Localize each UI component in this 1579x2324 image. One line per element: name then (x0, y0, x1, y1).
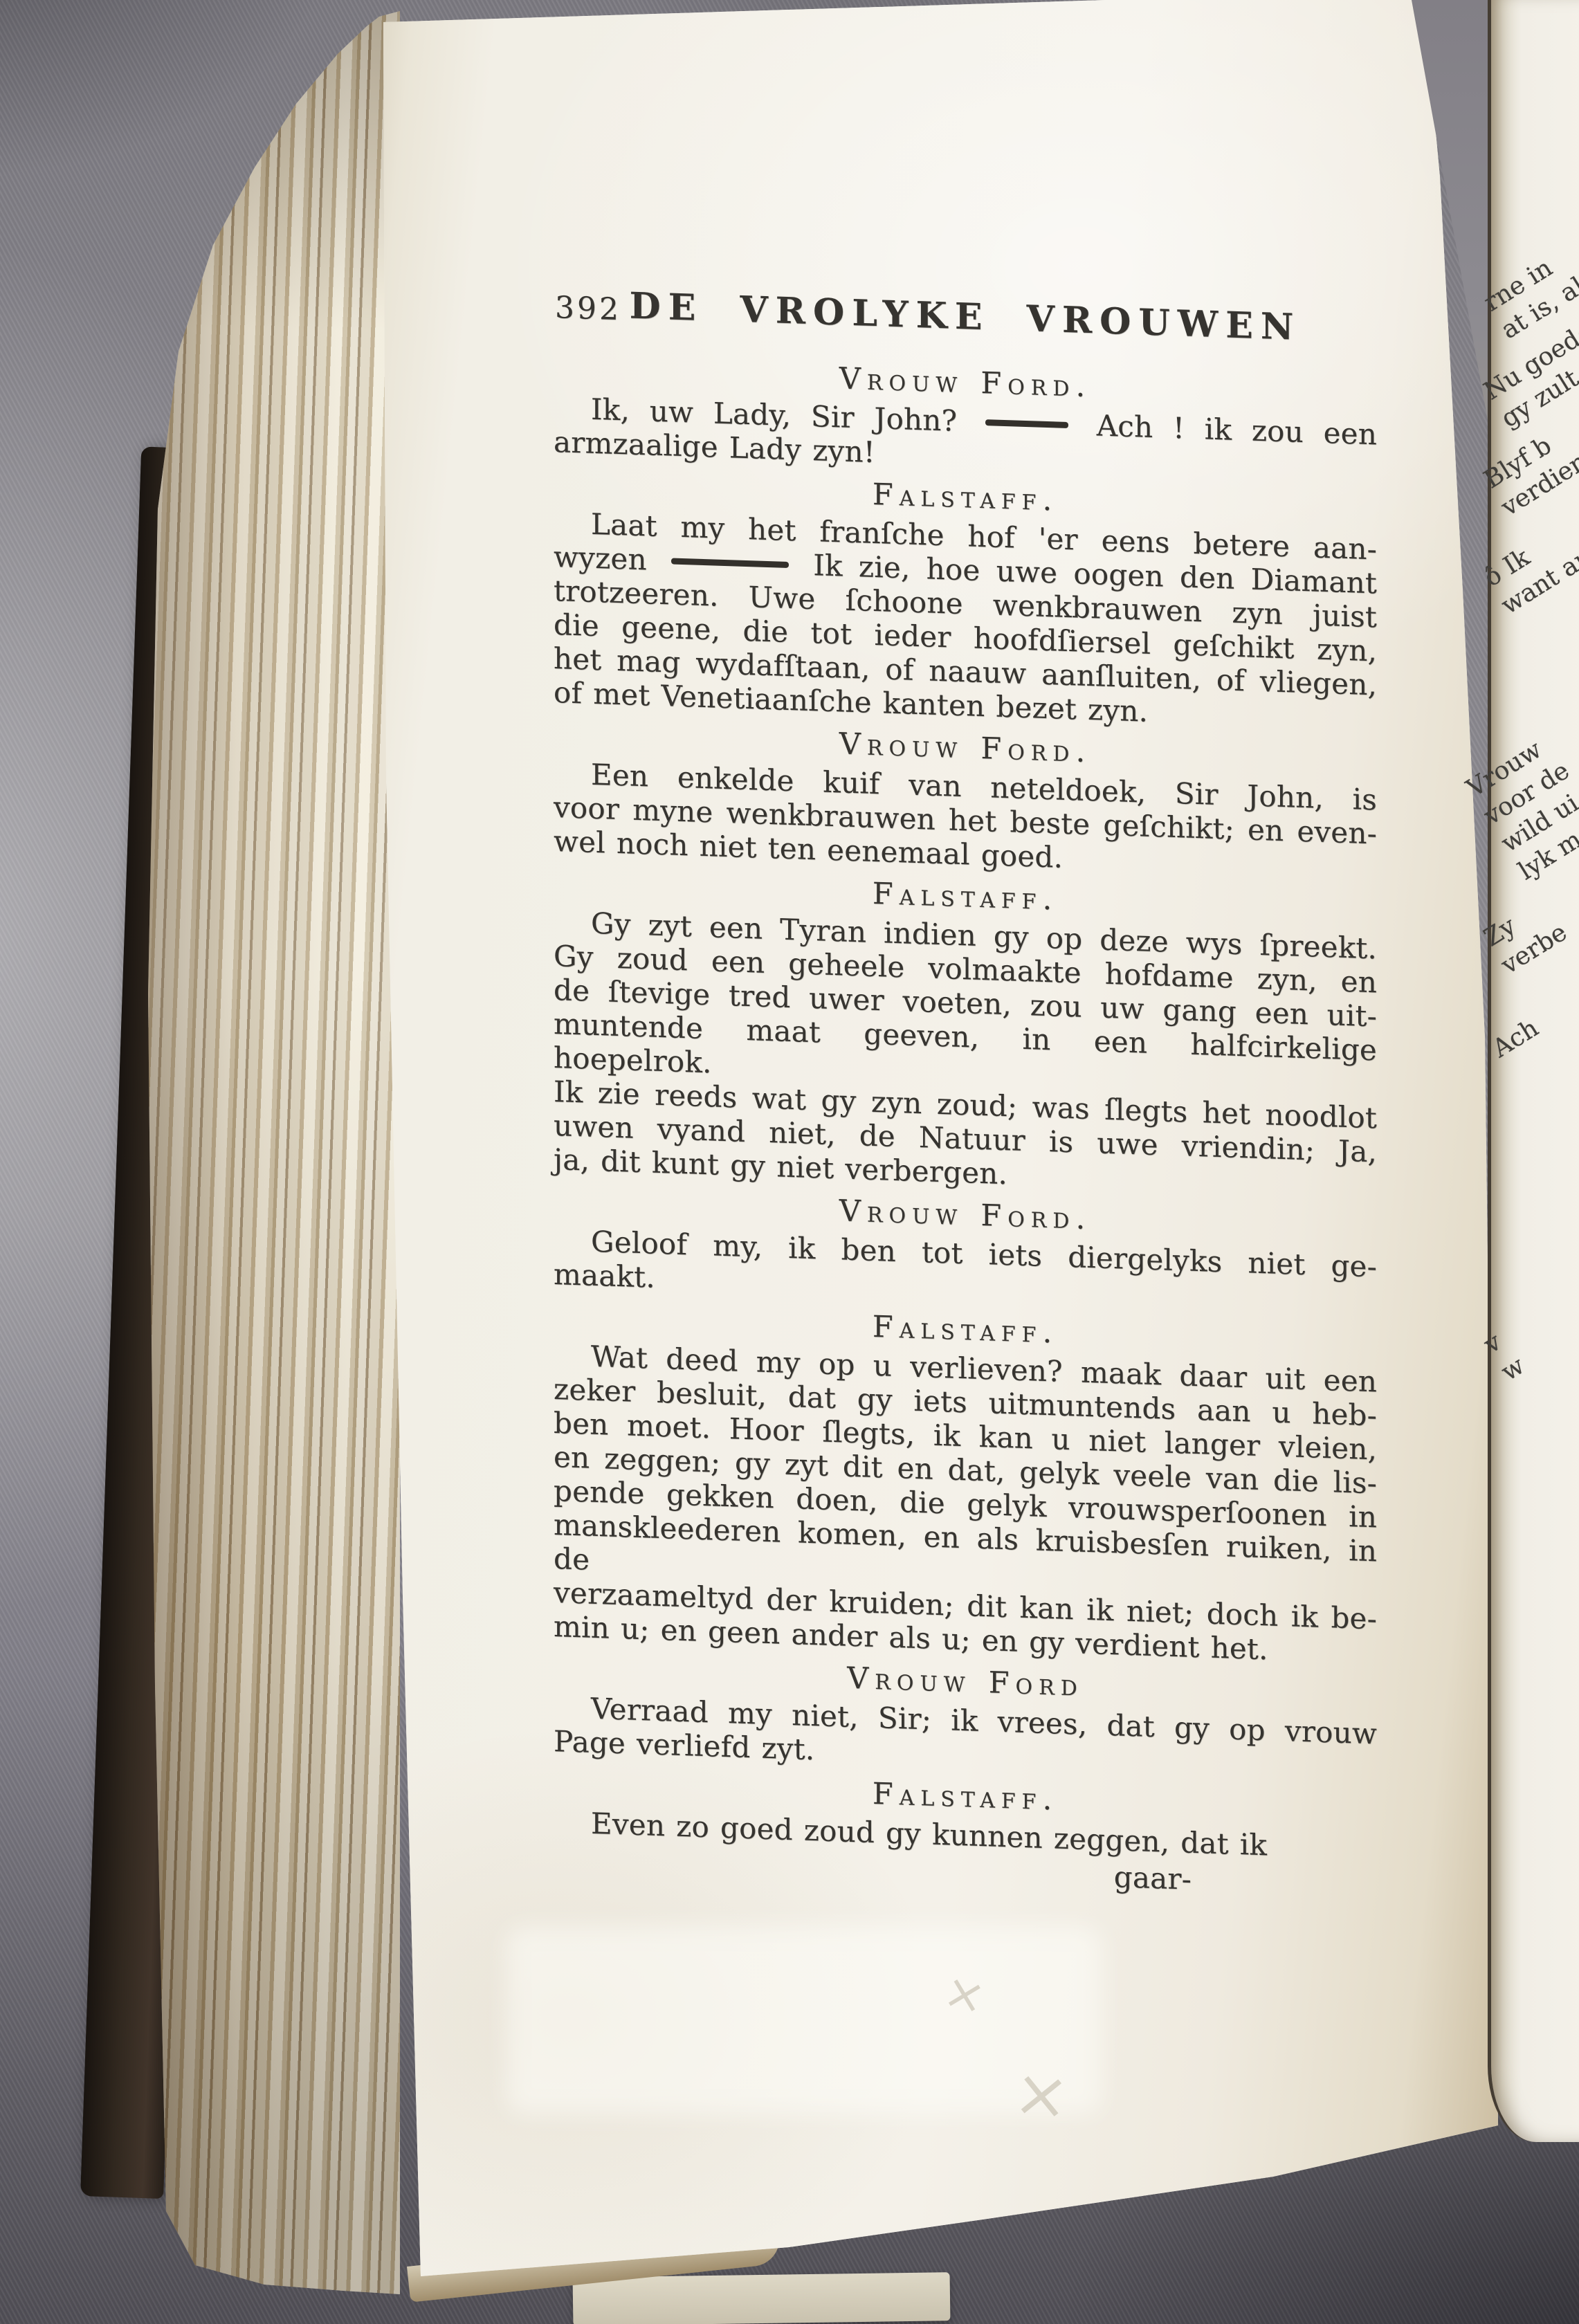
printed-text-block: 392 DE VROLYKE VROUWEN Vrouw Ford.Ik, uw… (554, 286, 1377, 1902)
left-page: 392 DE VROLYKE VROUWEN Vrouw Ford.Ik, uw… (360, 0, 1522, 2294)
facing-page-sliver: rne inat is, alsNu goed:gy zult diBlyf b… (1488, 0, 1579, 2142)
facing-page-text-fragment: Zyverbe (1478, 888, 1573, 981)
running-title: DE VROLYKE VROUWEN (554, 286, 1377, 347)
em-dash-rule (671, 558, 789, 567)
photo-open-antique-book: 392 DE VROLYKE VROUWEN Vrouw Ford.Ik, uw… (0, 0, 1579, 2324)
paper-slip (573, 2272, 951, 2324)
facing-page-text-fragment: Ach (1487, 1012, 1545, 1065)
page-header: 392 DE VROLYKE VROUWEN (554, 286, 1377, 351)
page-number: 392 (555, 291, 621, 327)
facing-page-text-fragment: ô Ikwant an (1478, 513, 1579, 622)
pencil-mark: × (1010, 2053, 1073, 2136)
em-dash-rule (985, 419, 1068, 428)
light-patch (506, 1926, 1102, 2114)
dialogue: Vrouw Ford.Ik, uw Lady, Sir John? Ach ! … (554, 353, 1377, 1865)
